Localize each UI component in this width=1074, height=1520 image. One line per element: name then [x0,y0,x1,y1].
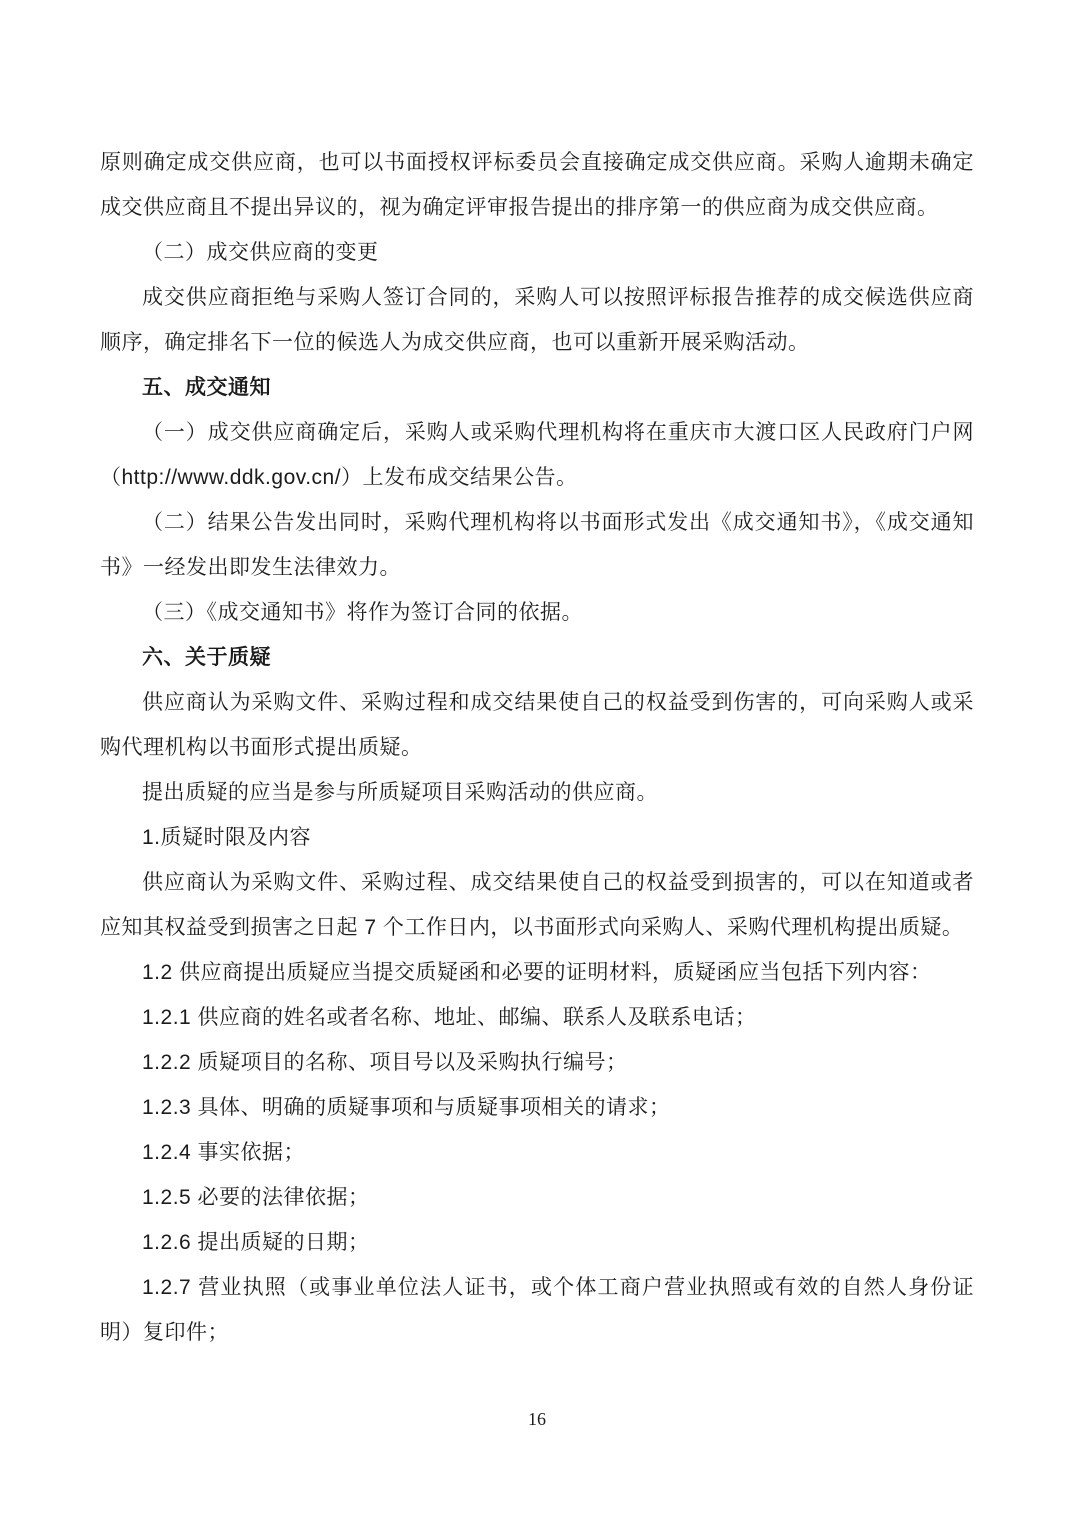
document-page: 原则确定成交供应商，也可以书面授权评标委员会直接确定成交供应商。采购人逾期未确定… [0,0,1074,1520]
list-item-query-content-6: 1.2.6 提出质疑的日期； [100,1220,974,1265]
paragraph-query-eligibility: 提出质疑的应当是参与所质疑项目采购活动的供应商。 [100,770,974,815]
subsection-heading-query-time-limit: 1.质疑时限及内容 [100,815,974,860]
list-item-query-content-4: 1.2.4 事实依据； [100,1130,974,1175]
paragraph-award-notice-item-2: （二）结果公告发出同时，采购代理机构将以书面形式发出《成交通知书》，《成交通知书… [100,500,974,590]
list-item-query-content-2: 1.2.2 质疑项目的名称、项目号以及采购执行编号； [100,1040,974,1085]
section-heading-award-notice: 五、成交通知 [100,365,974,410]
section-heading-about-queries: 六、关于质疑 [100,635,974,680]
list-item-query-content-1: 1.2.1 供应商的姓名或者名称、地址、邮编、联系人及联系电话； [100,995,974,1040]
paragraph-award-notice-item-1: （一）成交供应商确定后，采购人或采购代理机构将在重庆市大渡口区人民政府门户网（h… [100,410,974,500]
paragraph-award-notice-item-3: （三）《成交通知书》将作为签订合同的依据。 [100,590,974,635]
page-number: 16 [0,1406,1074,1432]
list-item-query-content-5: 1.2.5 必要的法律依据； [100,1175,974,1220]
list-item-query-content-7: 1.2.7 营业执照（或事业单位法人证书，或个体工商户营业执照或有效的自然人身份… [100,1265,974,1355]
paragraph-award-determination-continuation: 原则确定成交供应商，也可以书面授权评标委员会直接确定成交供应商。采购人逾期未确定… [100,140,974,230]
document-body: 原则确定成交供应商，也可以书面授权评标委员会直接确定成交供应商。采购人逾期未确定… [100,140,974,1355]
paragraph-supplier-change-body: 成交供应商拒绝与采购人签订合同的，采购人可以按照评标报告推荐的成交候选供应商顺序… [100,275,974,365]
paragraph-query-letter-requirements: 1.2 供应商提出质疑应当提交质疑函和必要的证明材料，质疑函应当包括下列内容： [100,950,974,995]
paragraph-query-rights: 供应商认为采购文件、采购过程和成交结果使自己的权益受到伤害的，可向采购人或采购代… [100,680,974,770]
subsection-heading-supplier-change: （二）成交供应商的变更 [100,230,974,275]
list-item-query-content-3: 1.2.3 具体、明确的质疑事项和与质疑事项相关的请求； [100,1085,974,1130]
paragraph-query-time-limit-body: 供应商认为采购文件、采购过程、成交结果使自己的权益受到损害的，可以在知道或者应知… [100,860,974,950]
